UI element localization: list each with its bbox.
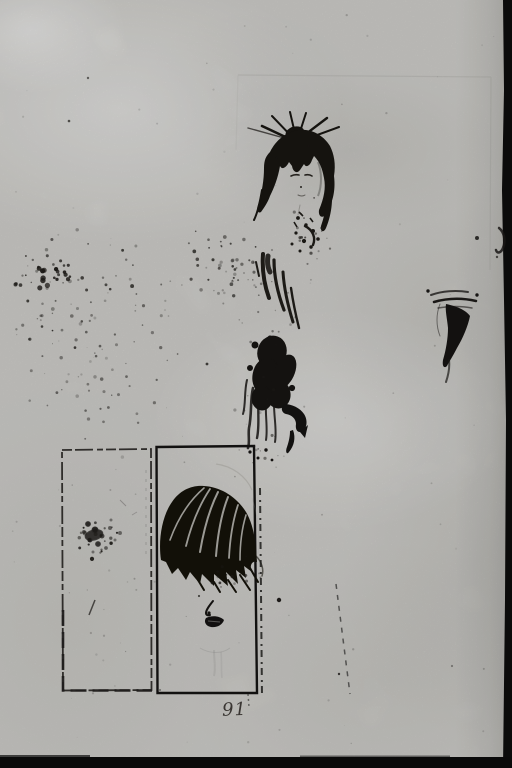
page-edge-right — [496, 0, 512, 768]
nose-lips-ink — [198, 595, 340, 678]
dashed-line-diagonal — [336, 584, 350, 694]
dashed-line-vertical — [260, 488, 262, 697]
shoe-ink — [282, 404, 308, 453]
bowl-cut-hair — [160, 464, 263, 592]
page-number: 91 — [222, 698, 263, 720]
manga-page-scan: 91 — [0, 0, 512, 768]
figure-face — [291, 175, 312, 215]
hand-ink-shape — [427, 237, 479, 383]
panel-left-border — [62, 449, 152, 691]
fabric-fold-strokes — [256, 254, 299, 328]
collar-ink-flecks — [291, 212, 323, 252]
page-edge-bottom — [0, 755, 512, 768]
dashed-guide-lines — [248, 488, 350, 707]
manga-artwork — [0, 0, 512, 768]
